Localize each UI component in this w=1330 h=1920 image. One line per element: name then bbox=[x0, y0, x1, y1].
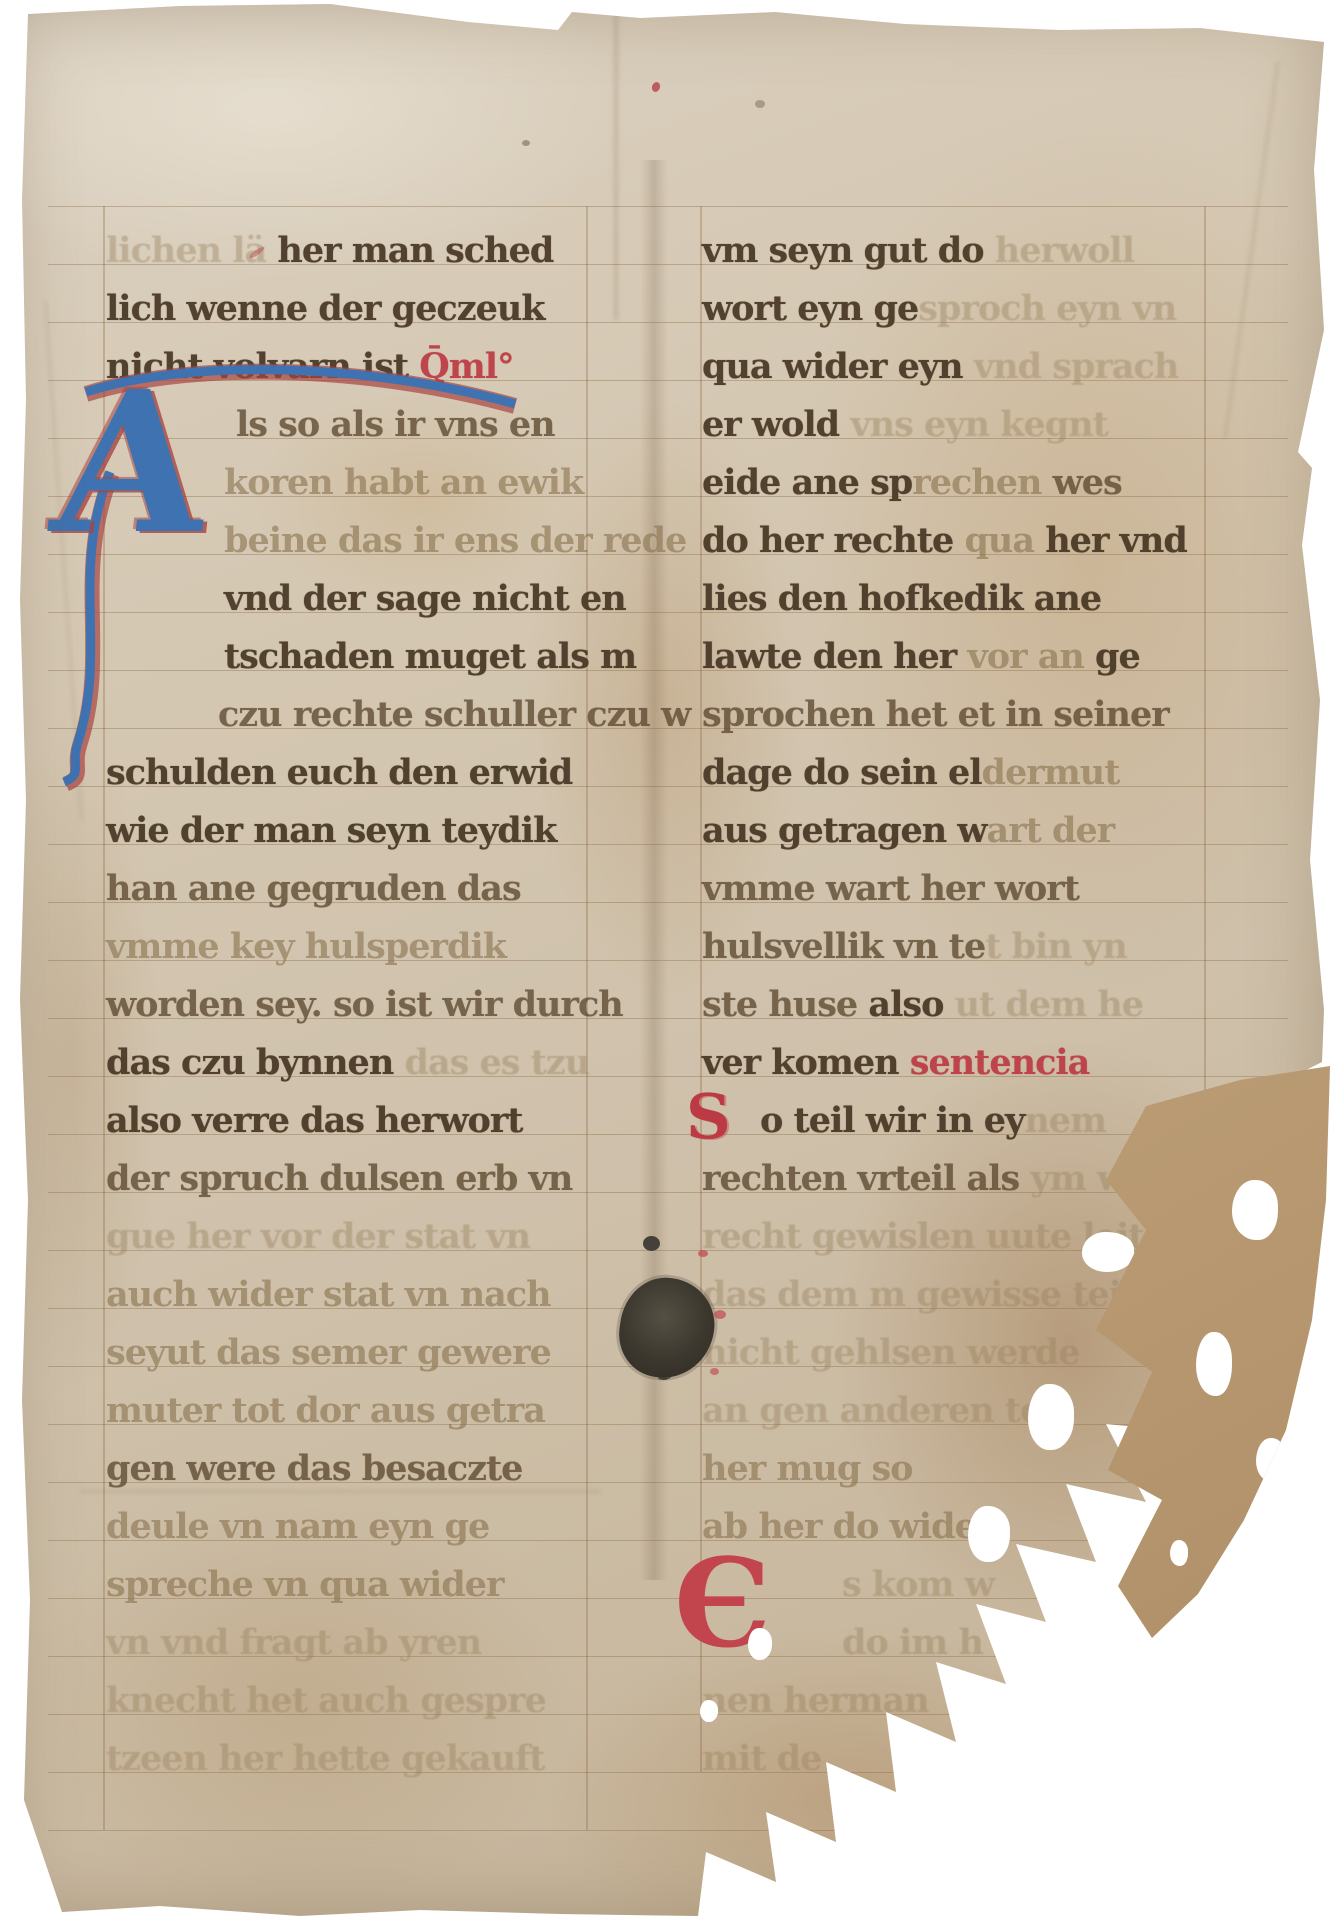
left-column-line-1: lichen lä her man sched bbox=[106, 222, 671, 280]
left-column-line-23: deule vn nam eyn ge bbox=[106, 1498, 671, 1556]
right-column-line-22: her mug so bbox=[702, 1440, 1267, 1498]
text-segment: her man sched bbox=[277, 230, 553, 271]
parchment-leaf: lichen lä her man schedlich wenne der ge… bbox=[0, 0, 1330, 1920]
left-column-line-18: gue her vor der stat vn bbox=[106, 1208, 671, 1266]
text-segment: das czu bynnen bbox=[106, 1042, 404, 1083]
left-column-line-27: tzeen her hette gekauft bbox=[106, 1730, 671, 1788]
fragment-hole-4 bbox=[1170, 1540, 1188, 1566]
right-column-line-17: rechten vrteil als ym wil bbox=[702, 1150, 1267, 1208]
text-segment: o teil wir in ey bbox=[760, 1100, 1024, 1141]
right-column-line-15: ver komen sentencia bbox=[702, 1034, 1267, 1092]
left-column-line-2: lich wenne der geczeuk bbox=[106, 280, 671, 338]
ink-dot bbox=[643, 1236, 660, 1251]
red-speck-3 bbox=[710, 1368, 719, 1375]
left-column-line-14: worden sey. so ist wir durch bbox=[106, 976, 671, 1034]
text-segment: er wold bbox=[702, 404, 850, 445]
text-segment: wort eyn ge bbox=[702, 288, 918, 329]
text-segment: her mug so bbox=[702, 1448, 913, 1489]
text-segment: gue her vor der stat vn bbox=[106, 1216, 530, 1257]
text-segment: art der bbox=[987, 810, 1115, 851]
right-column-line-21: an gen anderen teil bbox=[702, 1382, 1267, 1440]
text-segment: vm seyn gut do bbox=[702, 230, 995, 271]
text-segment: hulsvellik vn te bbox=[702, 926, 985, 967]
text-segment: also bbox=[868, 984, 943, 1025]
text-segment: eide ane sp bbox=[702, 462, 912, 503]
left-column-line-20: seyut das semer gewere bbox=[106, 1324, 671, 1382]
text-segment: also verre das herwort bbox=[106, 1100, 522, 1141]
right-column-line-8: lawte den her vor an ge bbox=[702, 628, 1267, 686]
left-column-line-26: knecht het auch gespre bbox=[106, 1672, 671, 1730]
text-segment: auch wider stat vn nach bbox=[106, 1274, 551, 1315]
text-segment: ge bbox=[1084, 636, 1140, 677]
text-segment: do her rechte bbox=[702, 520, 964, 561]
right-column-line-9: sprochen het et in seiner bbox=[702, 686, 1267, 744]
tear-hole-2 bbox=[1028, 1384, 1074, 1450]
text-segment: lichen lä bbox=[106, 230, 277, 271]
text-segment: aus getragen w bbox=[702, 810, 987, 851]
right-column-line-24: s kom w bbox=[702, 1556, 1267, 1614]
right-column-line-12: vmme wart her wort bbox=[702, 860, 1267, 918]
text-segment: seyut das semer gewere bbox=[106, 1332, 551, 1373]
left-column-line-19: auch wider stat vn nach bbox=[106, 1266, 671, 1324]
text-segment: nicht gehlsen werde bbox=[702, 1332, 1080, 1373]
right-column-line-1: vm seyn gut do herwoll bbox=[702, 222, 1267, 280]
text-segment: wes bbox=[1053, 462, 1122, 503]
tear-hole-6 bbox=[1140, 1150, 1166, 1172]
text-segment: muter tot dor aus getra bbox=[106, 1390, 545, 1431]
initial-a-glyph: A bbox=[47, 380, 216, 546]
text-segment: ym wil bbox=[1030, 1158, 1150, 1199]
right-column-line-16: o teil wir in eynem bbox=[702, 1092, 1267, 1150]
right-column-line-14: ste huse also ut dem he bbox=[702, 976, 1267, 1034]
right-column-line-11: aus getragen wart der bbox=[702, 802, 1267, 860]
text-segment: her vnd bbox=[1045, 520, 1187, 561]
text-segment: dermut bbox=[982, 752, 1120, 793]
text-segment: vn vnd fragt ab yren bbox=[106, 1622, 481, 1663]
text-segment: mit de bbox=[702, 1738, 821, 1779]
red-speck-2 bbox=[714, 1310, 726, 1319]
text-segment: s kom w bbox=[842, 1564, 994, 1605]
text-segment: tzeen her hette gekauft bbox=[106, 1738, 544, 1779]
right-column-line-19: das dem m gewisse teile bbox=[702, 1266, 1267, 1324]
text-segment: wie der man seyn teydik bbox=[106, 810, 556, 851]
right-column-line-26: nen herman bbox=[702, 1672, 1267, 1730]
manuscript-photo: lichen lä her man schedlich wenne der ge… bbox=[0, 0, 1330, 1920]
text-segment: ver komen bbox=[702, 1042, 910, 1083]
text-segment: deule vn nam eyn ge bbox=[106, 1506, 489, 1547]
text-segment: ut dem he bbox=[943, 984, 1143, 1025]
text-segment: dage do sein el bbox=[702, 752, 982, 793]
text-segment: rechen bbox=[912, 462, 1052, 503]
left-column-line-15: das czu bynnen das es tzu bbox=[106, 1034, 671, 1092]
brown-speck-1 bbox=[522, 140, 530, 146]
text-segment: das es tzu bbox=[404, 1042, 589, 1083]
right-column-line-7: lies den hofkedik ane bbox=[702, 570, 1267, 628]
text-segment: vmme key hulsperdik bbox=[106, 926, 506, 967]
text-segment: ste huse bbox=[702, 984, 868, 1025]
tear-hole-3 bbox=[968, 1506, 1010, 1562]
text-segment: worden sey. so ist wir durch bbox=[106, 984, 623, 1025]
text-segment: herwoll bbox=[995, 230, 1134, 271]
text-segment: sproch eyn vn bbox=[918, 288, 1176, 329]
left-column-line-25: vn vnd fragt ab yren bbox=[106, 1614, 671, 1672]
text-segment: vns eyn kegnt bbox=[850, 404, 1108, 445]
right-column-line-18: recht gewislen uute leit bbox=[702, 1208, 1267, 1266]
text-segment: vor an bbox=[967, 636, 1083, 677]
right-column-line-5: eide ane sprechen wes bbox=[702, 454, 1267, 512]
left-column-line-17: der spruch dulsen erb vn bbox=[106, 1150, 671, 1208]
text-segment: t bin yn bbox=[985, 926, 1127, 967]
left-column-line-11: wie der man seyn teydik bbox=[106, 802, 671, 860]
left-column-line-22: gen were das besaczte bbox=[106, 1440, 671, 1498]
text-segment: an gen anderen teil bbox=[702, 1390, 1066, 1431]
text-segment: rechten vrteil als bbox=[702, 1158, 1030, 1199]
right-column-line-27: mit de bbox=[702, 1730, 1267, 1788]
right-column-line-2: wort eyn gesproch eyn vn bbox=[702, 280, 1267, 338]
right-column-line-3: qua wider eyn vnd sprach bbox=[702, 338, 1267, 396]
right-column-line-10: dage do sein eldermut bbox=[702, 744, 1267, 802]
left-column-line-21: muter tot dor aus getra bbox=[106, 1382, 671, 1440]
rubric-initial-S: S bbox=[686, 1086, 731, 1148]
text-segment: gen were das besaczte bbox=[106, 1448, 522, 1489]
left-column-line-12: han ane gegruden das bbox=[106, 860, 671, 918]
text-segment: sentencia bbox=[910, 1042, 1090, 1083]
red-speck-1 bbox=[698, 1250, 708, 1257]
text-segment: nen herman bbox=[702, 1680, 929, 1721]
text-segment: lies den hofkedik ane bbox=[702, 578, 1101, 619]
right-column-line-25: do im h bbox=[702, 1614, 1267, 1672]
right-column-line-6: do her rechte qua her vnd bbox=[702, 512, 1267, 570]
text-segment: spreche vn qua wider bbox=[106, 1564, 503, 1605]
text-segment: do im h bbox=[842, 1622, 983, 1663]
left-column-line-16: also verre das herwort bbox=[106, 1092, 671, 1150]
text-segment: lawte den her bbox=[702, 636, 967, 677]
text-segment: der spruch dulsen erb vn bbox=[106, 1158, 572, 1199]
left-column-line-13: vmme key hulsperdik bbox=[106, 918, 671, 976]
text-segment: lich wenne der geczeuk bbox=[106, 288, 545, 329]
text-segment: vmme wart her wort bbox=[702, 868, 1079, 909]
text-segment: sprochen het et in seiner bbox=[702, 694, 1169, 735]
tear-hole-1 bbox=[1082, 1232, 1134, 1272]
text-segment: han ane gegruden das bbox=[106, 868, 521, 909]
text-segment: recht gewislen uute leit bbox=[702, 1216, 1143, 1257]
text-segment: vnd sprach bbox=[974, 346, 1179, 387]
text-segment: qua wider eyn bbox=[702, 346, 974, 387]
text-segment: nem bbox=[1024, 1100, 1106, 1141]
brown-speck-2 bbox=[755, 100, 765, 108]
text-segment: qua bbox=[964, 520, 1045, 561]
illuminated-initial-A: A bbox=[50, 352, 250, 782]
text-segment: knecht het auch gespre bbox=[106, 1680, 546, 1721]
text-segment: das dem m gewisse teile bbox=[702, 1274, 1155, 1315]
tear-hole-4 bbox=[748, 1628, 772, 1660]
right-column-line-13: hulsvellik vn tet bin yn bbox=[702, 918, 1267, 976]
red-speck-top bbox=[651, 81, 662, 93]
right-column-line-20: nicht gehlsen werde bbox=[702, 1324, 1267, 1382]
tear-hole-5 bbox=[700, 1700, 718, 1722]
right-column-line-4: er wold vns eyn kegnt bbox=[702, 396, 1267, 454]
left-column-line-24: spreche vn qua wider bbox=[106, 1556, 671, 1614]
fragment-hole-3 bbox=[1256, 1438, 1286, 1482]
